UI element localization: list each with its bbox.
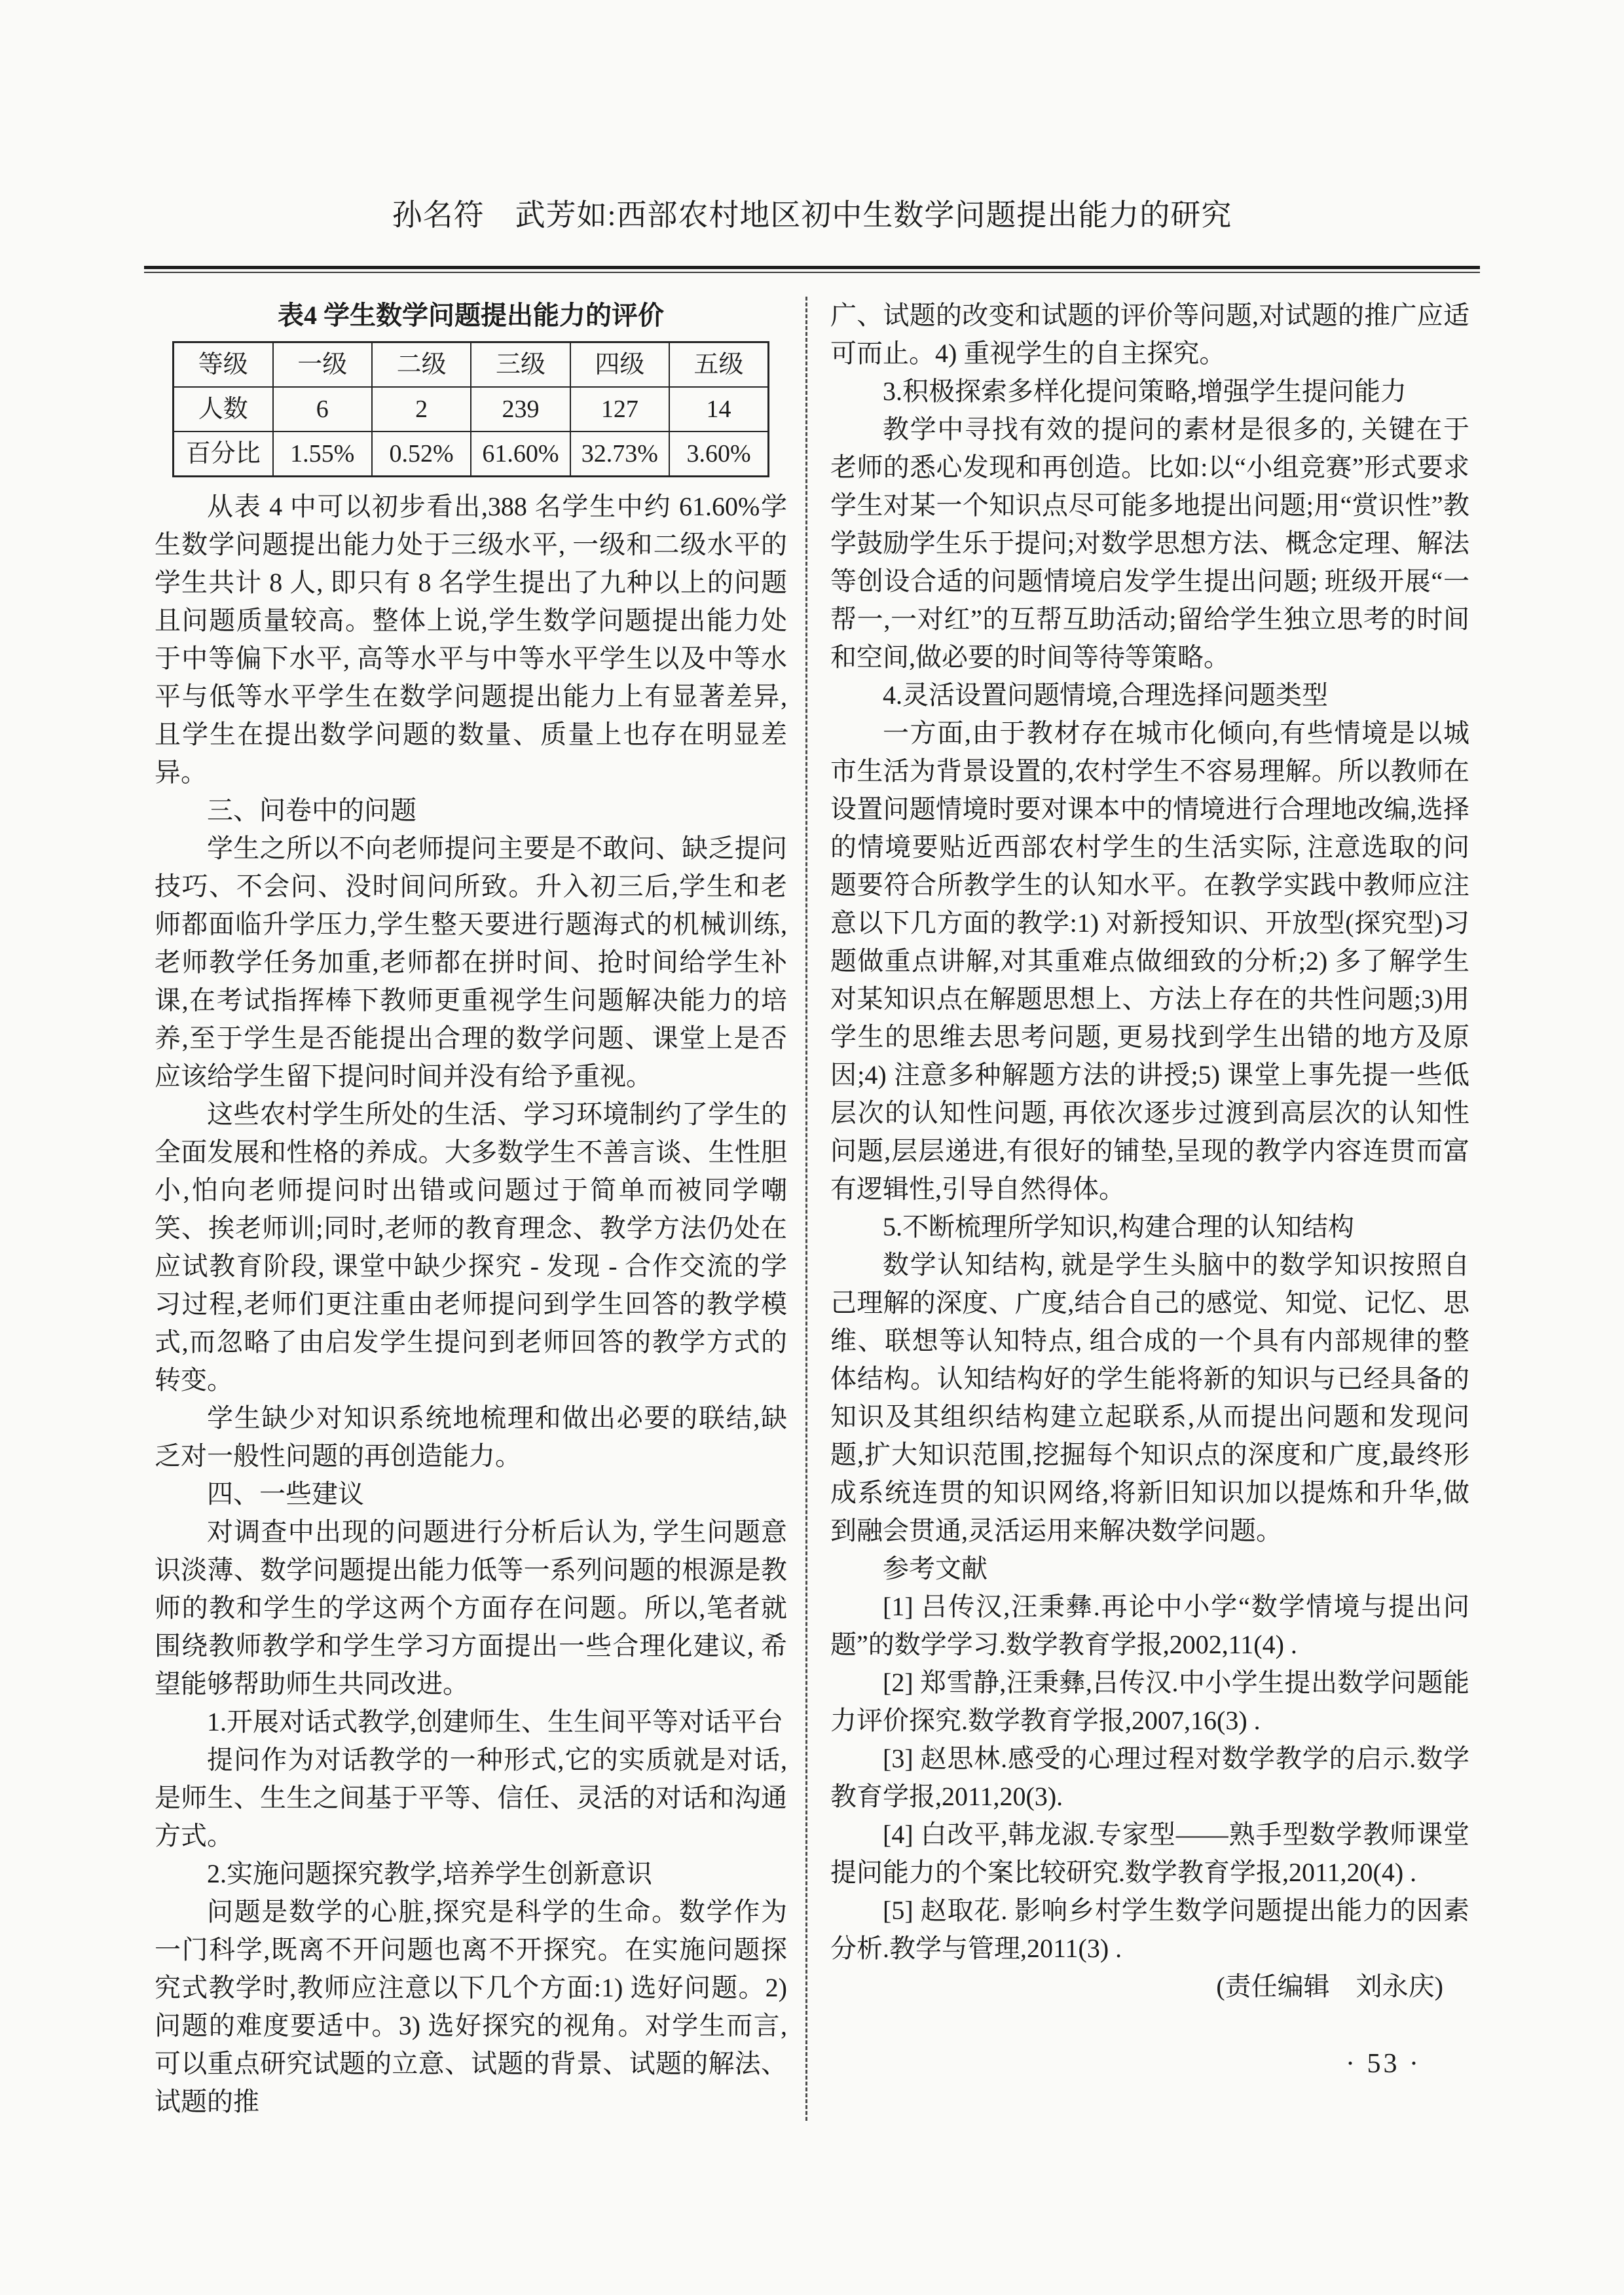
two-column-content: 表4 学生数学问题提出能力的评价 等级 一级 二级 三级 四级 五级 人数 6 … <box>0 297 1624 2121</box>
subsection-heading: 3.积极探索多样化提问策略,增强学生提问能力 <box>830 373 1469 411</box>
section-heading: 四、一些建议 <box>155 1475 787 1513</box>
paragraph: 从表 4 中可以初步看出,388 名学生中约 61.60%学生数学问题提出能力处… <box>155 488 787 792</box>
paragraph: 学生缺少对知识系统地梳理和做出必要的联结,缺乏对一般性问题的再创造能力。 <box>155 1399 787 1475</box>
running-head-title: 孙名符 武芳如:西部农村地区初中生数学问题提出能力的研究 <box>0 0 1624 236</box>
journal-page: 孙名符 武芳如:西部农村地区初中生数学问题提出能力的研究 表4 学生数学问题提出… <box>0 0 1624 2295</box>
paragraph: 学生之所以不向老师提问主要是不敢问、缺乏提问技巧、不会问、没时间问所致。升入初三… <box>155 830 787 1095</box>
table-cell: 2 <box>372 387 471 431</box>
paragraph: 一方面,由于教材存在城市化倾向,有些情境是以城市生活为背景设置的,农村学生不容易… <box>830 714 1469 1208</box>
table-cell: 239 <box>471 387 570 431</box>
left-column: 表4 学生数学问题提出能力的评价 等级 一级 二级 三级 四级 五级 人数 6 … <box>155 297 787 2121</box>
table-cell: 等级 <box>174 342 273 388</box>
section-heading: 三、问卷中的问题 <box>155 792 787 830</box>
table-cell: 3.60% <box>669 431 768 477</box>
paragraph: 问题是数学的心脏,探究是科学的生命。数学作为一门科学,既离不开问题也离不开探究。… <box>155 1893 787 2121</box>
column-divider-dashed-line <box>805 297 807 2121</box>
paragraph: 提问作为对话教学的一种形式,它的实质就是对话,是师生、生生之间基于平等、信任、灵… <box>155 1741 787 1855</box>
paragraph: 这些农村学生所处的生活、学习环境制约了学生的全面发展和性格的养成。大多数学生不善… <box>155 1095 787 1399</box>
paragraph: 教学中寻找有效的提问的素材是很多的, 关键在于老师的悉心发现和再创造。比如:以“… <box>830 411 1469 676</box>
paragraph: 对调查中出现的问题进行分析后认为, 学生问题意识淡薄、数学问题提出能力低等一系列… <box>155 1513 787 1703</box>
table-row: 人数 6 2 239 127 14 <box>174 387 769 431</box>
subsection-heading: 5.不断梳理所学知识,构建合理的认知结构 <box>830 1208 1469 1246</box>
table-row: 等级 一级 二级 三级 四级 五级 <box>174 342 769 388</box>
editor-note: (责任编辑 刘永庆) <box>830 1968 1469 2006</box>
reference-item: [3] 赵思林.感受的心理过程对数学教学的启示.数学教育学报,2011,20(3… <box>830 1740 1469 1816</box>
table-cell: 14 <box>669 387 768 431</box>
subsection-heading: 4.灵活设置问题情境,合理选择问题类型 <box>830 676 1469 714</box>
references-heading: 参考文献 <box>830 1550 1469 1588</box>
table-cell: 127 <box>570 387 669 431</box>
subsection-heading: 2.实施问题探究教学,培养学生创新意识 <box>155 1855 787 1893</box>
paragraph: 数学认知结构, 就是学生头脑中的数学知识按照自己理解的深度、广度,结合自己的感觉… <box>830 1246 1469 1550</box>
page-number: · 53 · <box>1346 2048 1421 2080</box>
table-cell: 61.60% <box>471 431 570 477</box>
table-cell: 32.73% <box>570 431 669 477</box>
reference-item: [4] 白改平,韩龙淑.专家型——熟手型数学教师课堂提问能力的个案比较研究.数学… <box>830 1816 1469 1892</box>
table-cell: 二级 <box>372 342 471 388</box>
reference-item: [2] 郑雪静,汪秉彝,吕传汉.中小学生提出数学问题能力评价探究.数学教育学报,… <box>830 1664 1469 1740</box>
header-double-rule <box>144 266 1480 273</box>
reference-item: [5] 赵取花. 影响乡村学生数学问题提出能力的因素分析.教学与管理,2011(… <box>830 1892 1469 1968</box>
paragraph-continuation: 广、试题的改变和试题的评价等问题,对试题的推广应适可而止。4) 重视学生的自主探… <box>830 297 1469 373</box>
table-cell: 0.52% <box>372 431 471 477</box>
table-row: 百分比 1.55% 0.52% 61.60% 32.73% 3.60% <box>174 431 769 477</box>
right-column: 广、试题的改变和试题的评价等问题,对试题的推广应适可而止。4) 重视学生的自主探… <box>830 297 1469 2121</box>
table-cell: 百分比 <box>174 431 273 477</box>
evaluation-table: 等级 一级 二级 三级 四级 五级 人数 6 2 239 127 14 百分比 <box>172 341 769 477</box>
table-cell: 四级 <box>570 342 669 388</box>
table-cell: 6 <box>273 387 372 431</box>
table-caption: 表4 学生数学问题提出能力的评价 <box>155 297 787 335</box>
reference-item: [1] 吕传汉,汪秉彝.再论中小学“数学情境与提出问题”的数学学习.数学教育学报… <box>830 1588 1469 1664</box>
table-cell: 三级 <box>471 342 570 388</box>
table-cell: 1.55% <box>273 431 372 477</box>
table-cell: 人数 <box>174 387 273 431</box>
table-cell: 五级 <box>669 342 768 388</box>
subsection-heading: 1.开展对话式教学,创建师生、生生间平等对话平台 <box>155 1703 787 1741</box>
table-cell: 一级 <box>273 342 372 388</box>
